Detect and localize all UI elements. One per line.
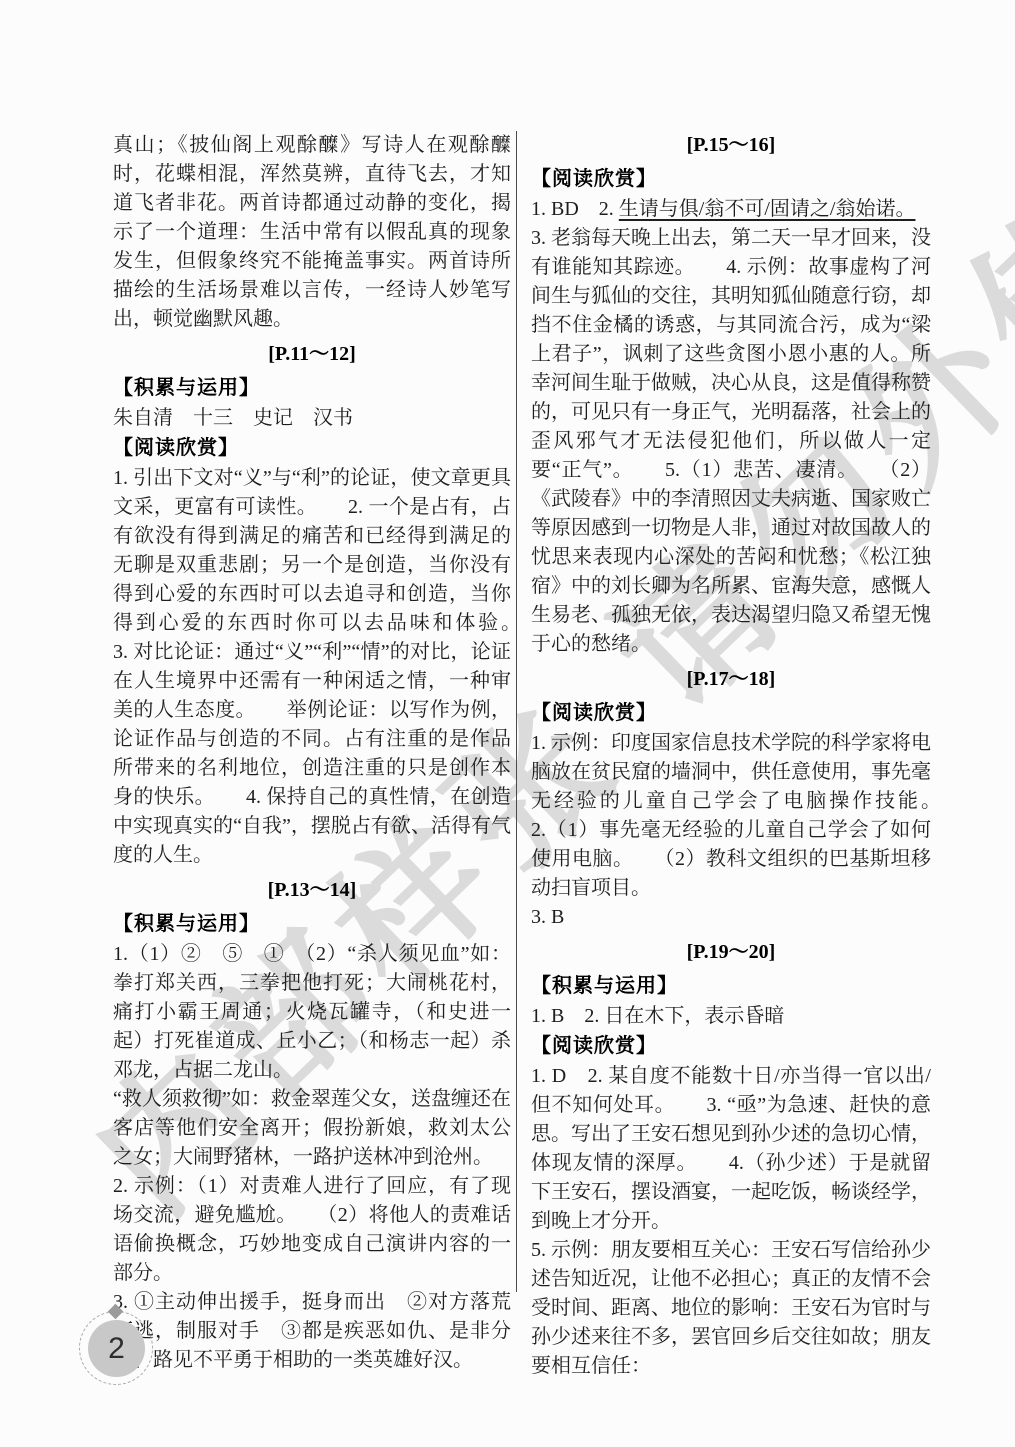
page-number-circle: 2	[88, 1320, 145, 1377]
answer-paragraph: 真山；《披仙阁上观酴醾》写诗人在观酴醾时，花蝶相混，浑然莫辨，直待飞去，才知道飞…	[113, 131, 511, 334]
answer-paragraph: 2. 示例：（1）对责难人进行了回应，有了现场交流，避免尴尬。 （2）将他人的责…	[113, 1172, 511, 1288]
section-header: 【阅读欣赏】	[531, 1032, 931, 1061]
page-number: 2	[108, 1332, 125, 1366]
section-header: 【积累与运用】	[113, 910, 511, 939]
section-header: 【积累与运用】	[113, 374, 511, 403]
workbook-answer-page: 内部样张 请勿外传 真山；《披仙阁上观酴醾》写诗人在观酴醾时，花蝶相混，浑然莫辨…	[0, 0, 1015, 1447]
answer-text: 1. BD 2.	[531, 198, 619, 220]
section-header: 【阅读欣赏】	[113, 434, 511, 463]
page-ref: [P.11～12]	[113, 340, 511, 369]
page-ref: [P.15～16]	[531, 131, 931, 160]
answer-paragraph: 1. 示例：印度国家信息技术学院的科学家将电脑放在贫民窟的墙洞中，供任意使用，事…	[531, 729, 931, 903]
page-ref: [P.17～18]	[531, 665, 931, 694]
answer-paragraph: 1. D 2. 某自度不能数十日/亦当得一官以出/但不知何处耳。 3. “亟”为…	[531, 1062, 931, 1236]
answer-paragraph: 1.（1）② ⑤ ① （2）“杀人须见血”如：拳打郑关西，三拳把他打死；大闹桃花…	[113, 940, 511, 1085]
answer-paragraph: 3. 老翁每天晚上出去，第二天一早才回来，没有谁能知其踪迹。 4. 示例：故事虚…	[531, 224, 931, 659]
answer-paragraph: “救人须救彻”如：救金翠莲父女，送盘缠还在客店等他们安全离开；假扮新娘，救刘太公…	[113, 1085, 511, 1172]
answer-paragraph: 3. ①主动伸出援手，挺身而出 ②对方落荒而逃，制服对手 ③都是疾恶如仇、是非分…	[113, 1288, 511, 1375]
left-column: 真山；《披仙阁上观酴醾》写诗人在观酴醾时，花蝶相混，浑然莫辨，直待飞去，才知道飞…	[113, 131, 511, 1375]
right-column: [P.15～16] 【阅读欣赏】 1. BD 2. 生请与俱/翁不可/固请之/翁…	[531, 131, 931, 1381]
answer-paragraph: 1. B 2. 日在木下，表示昏暗	[531, 1002, 931, 1031]
answer-paragraph: 3. B	[531, 903, 931, 932]
page-ref: [P.19～20]	[531, 938, 931, 967]
answer-paragraph: 5. 示例：朋友要相互关心：王安石写信给孙少述告知近况，让他不必担心；真正的友情…	[531, 1236, 931, 1381]
underlined-answer: 生请与俱/翁不可/固请之/翁始诺。	[619, 198, 916, 220]
answer-paragraph: 朱自清 十三 史记 汉书	[113, 404, 511, 433]
section-header: 【积累与运用】	[531, 972, 931, 1001]
answer-paragraph: 1. BD 2. 生请与俱/翁不可/固请之/翁始诺。	[531, 195, 931, 224]
section-header: 【阅读欣赏】	[531, 699, 931, 728]
section-header: 【阅读欣赏】	[531, 165, 931, 194]
page-ref: [P.13～14]	[113, 876, 511, 905]
page-number-badge: 2	[79, 1311, 153, 1385]
column-divider	[516, 131, 517, 1292]
answer-paragraph: 1. 引出下文对“义”与“利”的论证，使文章更具文采，更富有可读性。 2. 一个…	[113, 464, 511, 870]
